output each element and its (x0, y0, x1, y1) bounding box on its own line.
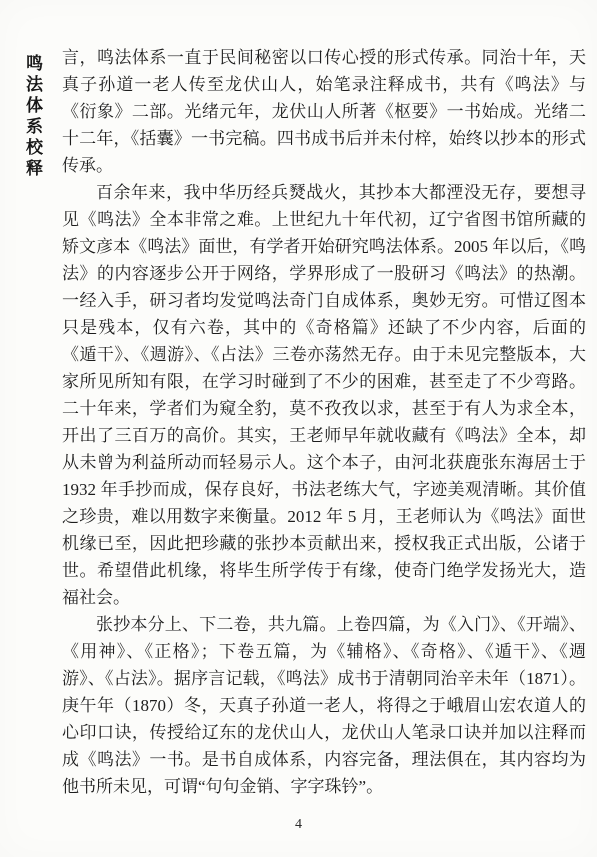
scanned-book-page: 鸣法体系校释 言，鸣法体系一直于民间秘密以口传心授的形式传承。同治十年，天真子孙… (0, 0, 597, 857)
paragraph: 百余年来，我中华历经兵燹战火，其抄本大都湮没无存，要想寻见《鸣法》全本非常之难。… (62, 179, 586, 611)
paragraph-continuation: 言，鸣法体系一直于民间秘密以口传心授的形式传承。同治十年，天真子孙道一老人传至龙… (62, 44, 586, 179)
page-number: 4 (0, 817, 597, 833)
spine-title-vertical: 鸣法体系校释 (20, 54, 45, 180)
body-text-block: 言，鸣法体系一直于民间秘密以口传心授的形式传承。同治十年，天真子孙道一老人传至龙… (62, 44, 586, 800)
paragraph: 张抄本分上、下二卷，共九篇。上卷四篇，为《入门》、《开端》、《用神》、《正格》；… (62, 611, 586, 800)
